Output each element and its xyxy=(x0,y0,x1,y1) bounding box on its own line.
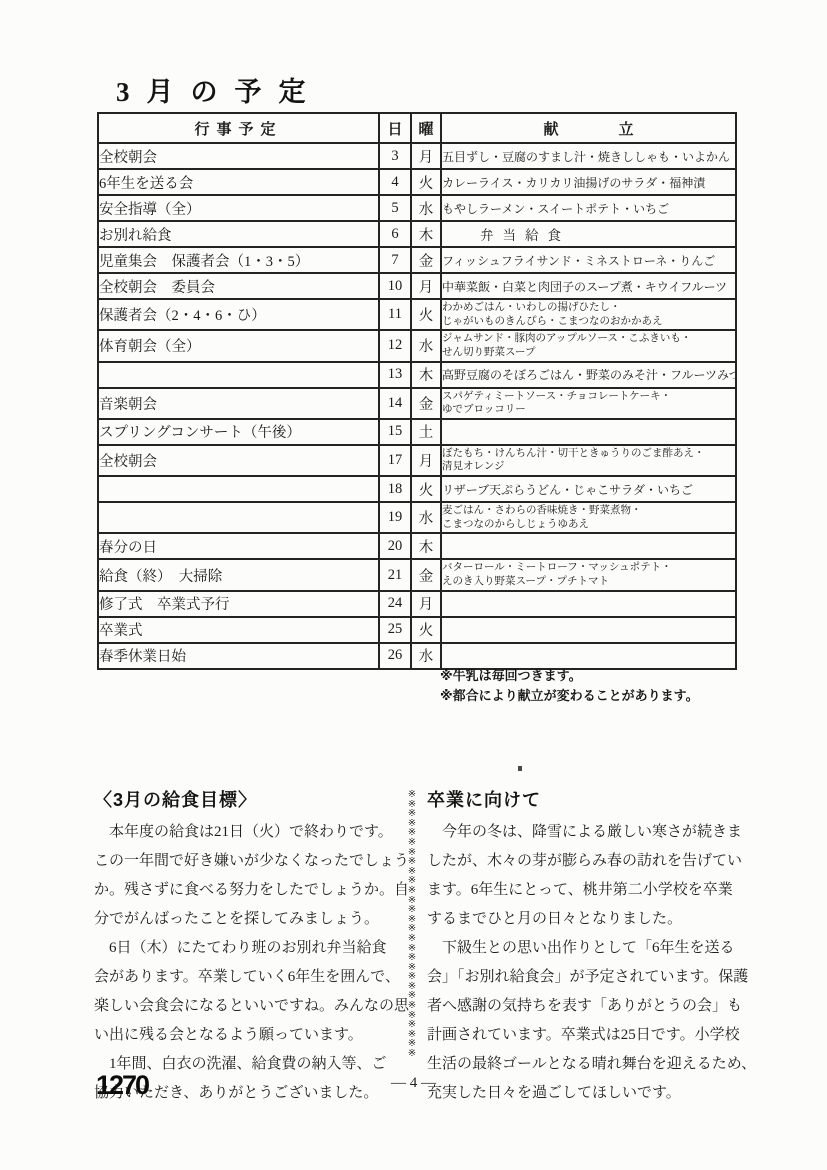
menu-cell: わかめごはん・いわしの揚げひたし・ じゃがいものきんぴら・こまつなのおかかあえ xyxy=(441,299,736,330)
header-weekday: 曜 xyxy=(411,113,441,143)
scan-speck xyxy=(518,766,522,771)
event-cell: 春季休業日始 xyxy=(98,643,379,669)
menu-cell: 五目ずし・豆腐のすまし汁・焼きししゃも・いよかん xyxy=(441,143,736,169)
header-event: 行事予定 xyxy=(98,113,379,143)
event-cell: 体育朝会（全） xyxy=(98,330,379,361)
weekday-cell: 土 xyxy=(411,419,441,445)
weekday-cell: 水 xyxy=(411,330,441,361)
graduation-heading: 卒業に向けて xyxy=(427,786,761,812)
table-row: 全校朝会 委員会10月中華菜飯・白菜と肉団子のスープ煮・キウイフルーツ xyxy=(98,273,736,299)
table-row: 体育朝会（全）12水ジャムサンド・豚肉のアップルソース・こふきいも・ せん切り野… xyxy=(98,330,736,361)
day-cell: 11 xyxy=(379,299,411,330)
table-header: 行事予定 日 曜 献 立 xyxy=(98,113,736,143)
menu-cell: バターロール・ミートローフ・マッシュポテト・ えのき入り野菜スープ・プチトマト xyxy=(441,559,736,590)
header-menu: 献 立 xyxy=(441,113,736,143)
day-cell: 19 xyxy=(379,502,411,533)
menu-cell: フィッシュフライサンド・ミネストローネ・りんご xyxy=(441,247,736,273)
menu-cell: スパゲティミートソース・チョコレートケーキ・ ゆでブロッコリー xyxy=(441,388,736,419)
weekday-cell: 火 xyxy=(411,617,441,643)
left-section-paragraphs: 本年度の給食は21日（火）で終わりです。 この一年間で好き嫌いが少なくなったでし… xyxy=(94,818,410,1108)
weekday-cell: 金 xyxy=(411,388,441,419)
table-row: 春分の日20木 xyxy=(98,533,736,559)
menu-cell: 麦ごはん・さわらの香味焼き・野菜煮物・ こまつなのからしじょうゆあえ xyxy=(441,502,736,533)
table-row: 児童集会 保護者会（1・3・5）7金フィッシュフライサンド・ミネストローネ・りん… xyxy=(98,247,736,273)
day-cell: 6 xyxy=(379,221,411,247)
day-cell: 21 xyxy=(379,559,411,590)
event-cell: 全校朝会 xyxy=(98,445,379,476)
weekday-cell: 木 xyxy=(411,221,441,247)
schedule-body: 全校朝会3月五目ずし・豆腐のすまし汁・焼きししゃも・いよかん6年生を送る会4火カ… xyxy=(98,143,736,669)
paragraph: 今年の冬は、降雪による厳しい寒さが続きま したが、木々の芽が膨らみ春の訪れを告げ… xyxy=(427,818,761,934)
day-cell: 3 xyxy=(379,143,411,169)
menu-cell: 高野豆腐のそぼろごはん・野菜のみそ汁・フルーツみつ豆 xyxy=(441,362,736,388)
column-divider: ※ ※ ※ ※ ※ ※ ※ ※ ※ ※ ※ ※ ※ ※ ※ ※ ※ ※ ※ ※ … xyxy=(404,790,420,1059)
event-cell: 春分の日 xyxy=(98,533,379,559)
lunch-goal-heading: 〈3月の給食目標〉 xyxy=(94,786,410,812)
menu-cell xyxy=(441,533,736,559)
header-row: 行事予定 日 曜 献 立 xyxy=(98,113,736,143)
event-cell xyxy=(98,476,379,502)
note-milk: ※牛乳は毎回つきます。 xyxy=(440,666,699,686)
scanned-newsletter-page: 3月の予定 行事予定 日 曜 献 立 全校朝会3月五目ずし・豆腐のすまし汁・焼き… xyxy=(0,0,827,1170)
event-cell: 給食（終） 大掃除 xyxy=(98,559,379,590)
menu-cell: ぼたもち・けんちん汁・切干ときゅうりのごま酢あえ・ 清見オレンジ xyxy=(441,445,736,476)
event-cell: 保護者会（2・4・6・ひ） xyxy=(98,299,379,330)
table-row: 春季休業日始26水 xyxy=(98,643,736,669)
menu-cell xyxy=(441,643,736,669)
menu-cell: ジャムサンド・豚肉のアップルソース・こふきいも・ せん切り野菜スープ xyxy=(441,330,736,361)
weekday-cell: 水 xyxy=(411,643,441,669)
menu-cell xyxy=(441,591,736,617)
table-row: 給食（終） 大掃除21金バターロール・ミートローフ・マッシュポテト・ えのき入り… xyxy=(98,559,736,590)
event-cell: 全校朝会 xyxy=(98,143,379,169)
menu-cell xyxy=(441,617,736,643)
weekday-cell: 火 xyxy=(411,169,441,195)
menu-cell xyxy=(441,419,736,445)
weekday-cell: 火 xyxy=(411,476,441,502)
weekday-cell: 月 xyxy=(411,143,441,169)
day-cell: 4 xyxy=(379,169,411,195)
event-cell: 修了式 卒業式予行 xyxy=(98,591,379,617)
day-cell: 26 xyxy=(379,643,411,669)
day-cell: 15 xyxy=(379,419,411,445)
day-cell: 7 xyxy=(379,247,411,273)
table-row: 安全指導（全）5水もやしラーメン・スイートポテト・いちご xyxy=(98,195,736,221)
day-cell: 20 xyxy=(379,533,411,559)
menu-cell: 弁当給食 xyxy=(441,221,736,247)
table-row: 卒業式25火 xyxy=(98,617,736,643)
menu-cell: カレーライス・カリカリ油揚げのサラダ・福神漬 xyxy=(441,169,736,195)
event-cell xyxy=(98,362,379,388)
table-row: 13木高野豆腐のそぼろごはん・野菜のみそ汁・フルーツみつ豆 xyxy=(98,362,736,388)
event-cell: 児童集会 保護者会（1・3・5） xyxy=(98,247,379,273)
table-row: 音楽朝会14金スパゲティミートソース・チョコレートケーキ・ ゆでブロッコリー xyxy=(98,388,736,419)
event-cell: 安全指導（全） xyxy=(98,195,379,221)
note-menu-change: ※都合により献立が変わることがあります。 xyxy=(440,686,699,706)
day-cell: 24 xyxy=(379,591,411,617)
month-schedule-table: 行事予定 日 曜 献 立 全校朝会3月五目ずし・豆腐のすまし汁・焼きししゃも・い… xyxy=(97,112,737,670)
event-cell xyxy=(98,502,379,533)
menu-cell: リザーブ天ぷらうどん・じゃこサラダ・いちご xyxy=(441,476,736,502)
table-row: 保護者会（2・4・6・ひ）11火わかめごはん・いわしの揚げひたし・ じゃがいもの… xyxy=(98,299,736,330)
paragraph: 6日（木）にたてわり班のお別れ弁当給食 会があります。卒業していく6年生を囲んで… xyxy=(94,934,410,1050)
table-notes: ※牛乳は毎回つきます。 ※都合により献立が変わることがあります。 xyxy=(440,666,699,706)
right-section-paragraphs: 今年の冬は、降雪による厳しい寒さが続きま したが、木々の芽が膨らみ春の訪れを告げ… xyxy=(427,818,761,1108)
day-cell: 14 xyxy=(379,388,411,419)
table-row: 修了式 卒業式予行24月 xyxy=(98,591,736,617)
weekday-cell: 火 xyxy=(411,299,441,330)
table-row: 全校朝会17月ぼたもち・けんちん汁・切干ときゅうりのごま酢あえ・ 清見オレンジ xyxy=(98,445,736,476)
weekday-cell: 金 xyxy=(411,559,441,590)
weekday-cell: 月 xyxy=(411,591,441,617)
lunch-goal-section: 〈3月の給食目標〉 本年度の給食は21日（火）で終わりです。 この一年間で好き嫌… xyxy=(94,786,410,1108)
table-row: お別れ給食6木弁当給食 xyxy=(98,221,736,247)
table-row: 18火リザーブ天ぷらうどん・じゃこサラダ・いちご xyxy=(98,476,736,502)
table-row: 6年生を送る会4火カレーライス・カリカリ油揚げのサラダ・福神漬 xyxy=(98,169,736,195)
event-cell: 6年生を送る会 xyxy=(98,169,379,195)
weekday-cell: 木 xyxy=(411,362,441,388)
header-day: 日 xyxy=(379,113,411,143)
table-row: スプリングコンサート（午後）15土 xyxy=(98,419,736,445)
day-cell: 17 xyxy=(379,445,411,476)
weekday-cell: 月 xyxy=(411,273,441,299)
day-cell: 5 xyxy=(379,195,411,221)
day-cell: 25 xyxy=(379,617,411,643)
weekday-cell: 木 xyxy=(411,533,441,559)
day-cell: 13 xyxy=(379,362,411,388)
day-cell: 12 xyxy=(379,330,411,361)
day-cell: 18 xyxy=(379,476,411,502)
menu-cell: 中華菜飯・白菜と肉団子のスープ煮・キウイフルーツ xyxy=(441,273,736,299)
menu-cell: もやしラーメン・スイートポテト・いちご xyxy=(441,195,736,221)
weekday-cell: 水 xyxy=(411,195,441,221)
table-row: 19水麦ごはん・さわらの香味焼き・野菜煮物・ こまつなのからしじょうゆあえ xyxy=(98,502,736,533)
page-number: — 4 — xyxy=(0,1075,827,1092)
event-cell: スプリングコンサート（午後） xyxy=(98,419,379,445)
weekday-cell: 水 xyxy=(411,502,441,533)
event-cell: 音楽朝会 xyxy=(98,388,379,419)
event-cell: 卒業式 xyxy=(98,617,379,643)
weekday-cell: 月 xyxy=(411,445,441,476)
graduation-section: 卒業に向けて 今年の冬は、降雪による厳しい寒さが続きま したが、木々の芽が膨らみ… xyxy=(427,786,761,1108)
event-cell: 全校朝会 委員会 xyxy=(98,273,379,299)
day-cell: 10 xyxy=(379,273,411,299)
page-title: 3月の予定 xyxy=(116,70,323,109)
event-cell: お別れ給食 xyxy=(98,221,379,247)
paragraph: 本年度の給食は21日（火）で終わりです。 この一年間で好き嫌いが少なくなったでし… xyxy=(94,818,410,934)
table-row: 全校朝会3月五目ずし・豆腐のすまし汁・焼きししゃも・いよかん xyxy=(98,143,736,169)
weekday-cell: 金 xyxy=(411,247,441,273)
